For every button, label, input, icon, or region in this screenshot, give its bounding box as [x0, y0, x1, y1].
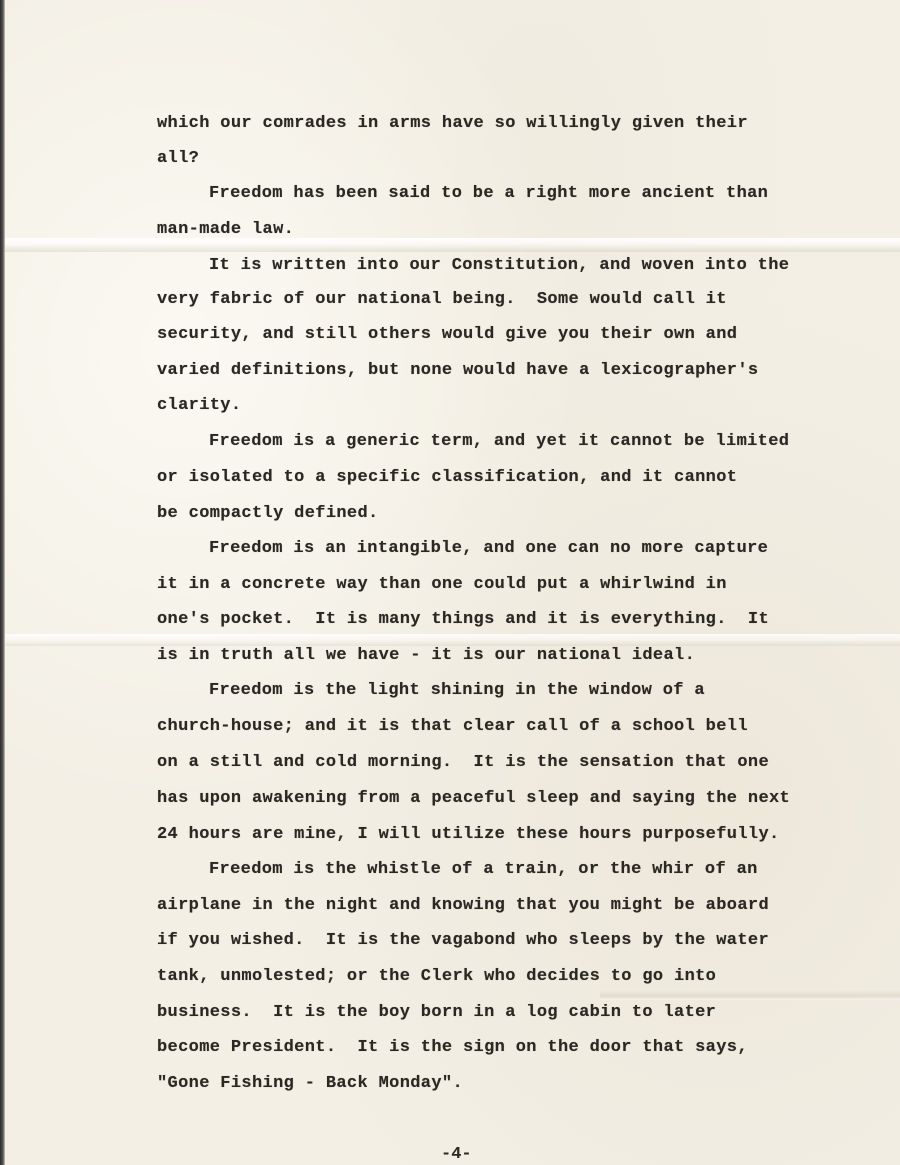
text-line: It is written into our Constitution, and… [157, 256, 789, 276]
text-line: Freedom has been said to be a right more… [157, 184, 768, 204]
scan-left-edge [0, 0, 5, 1165]
paper-fold-crease [5, 634, 900, 646]
page-number: -4- [441, 1145, 472, 1165]
paper-fold-crease [5, 238, 900, 252]
text-line: man-made law. [157, 220, 294, 240]
text-line: Freedom is the light shining in the wind… [157, 681, 705, 701]
text-line: one's pocket. It is many things and it i… [157, 610, 769, 630]
text-line: become President. It is the sign on the … [157, 1038, 748, 1058]
text-line: varied definitions, but none would have … [157, 361, 758, 381]
text-line: has upon awakening from a peaceful sleep… [157, 789, 790, 809]
text-line: business. It is the boy born in a log ca… [157, 1003, 716, 1023]
text-line: airplane in the night and knowing that y… [157, 896, 769, 916]
text-line: if you wished. It is the vagabond who sl… [157, 931, 769, 951]
text-line: "Gone Fishing - Back Monday". [157, 1074, 463, 1094]
paper-fold-crease [600, 990, 900, 1000]
text-line: all? [157, 149, 199, 169]
text-line: which our comrades in arms have so willi… [157, 114, 748, 134]
text-line: church-house; and it is that clear call … [157, 717, 748, 737]
text-line: security, and still others would give yo… [157, 325, 737, 345]
typewritten-page: which our comrades in arms have so willi… [0, 0, 900, 1165]
text-line: Freedom is an intangible, and one can no… [157, 539, 768, 559]
text-line: 24 hours are mine, I will utilize these … [157, 825, 780, 845]
text-line: Freedom is a generic term, and yet it ca… [157, 432, 789, 452]
text-line: be compactly defined. [157, 504, 379, 524]
text-line: Freedom is the whistle of a train, or th… [157, 860, 758, 880]
text-line: tank, unmolested; or the Clerk who decid… [157, 967, 716, 987]
text-line: clarity. [157, 396, 241, 416]
text-line: on a still and cold morning. It is the s… [157, 753, 769, 773]
text-line: very fabric of our national being. Some … [157, 290, 727, 310]
text-line: it in a concrete way than one could put … [157, 575, 727, 595]
text-line: or isolated to a specific classification… [157, 468, 737, 488]
text-line: is in truth all we have - it is our nati… [157, 646, 695, 666]
